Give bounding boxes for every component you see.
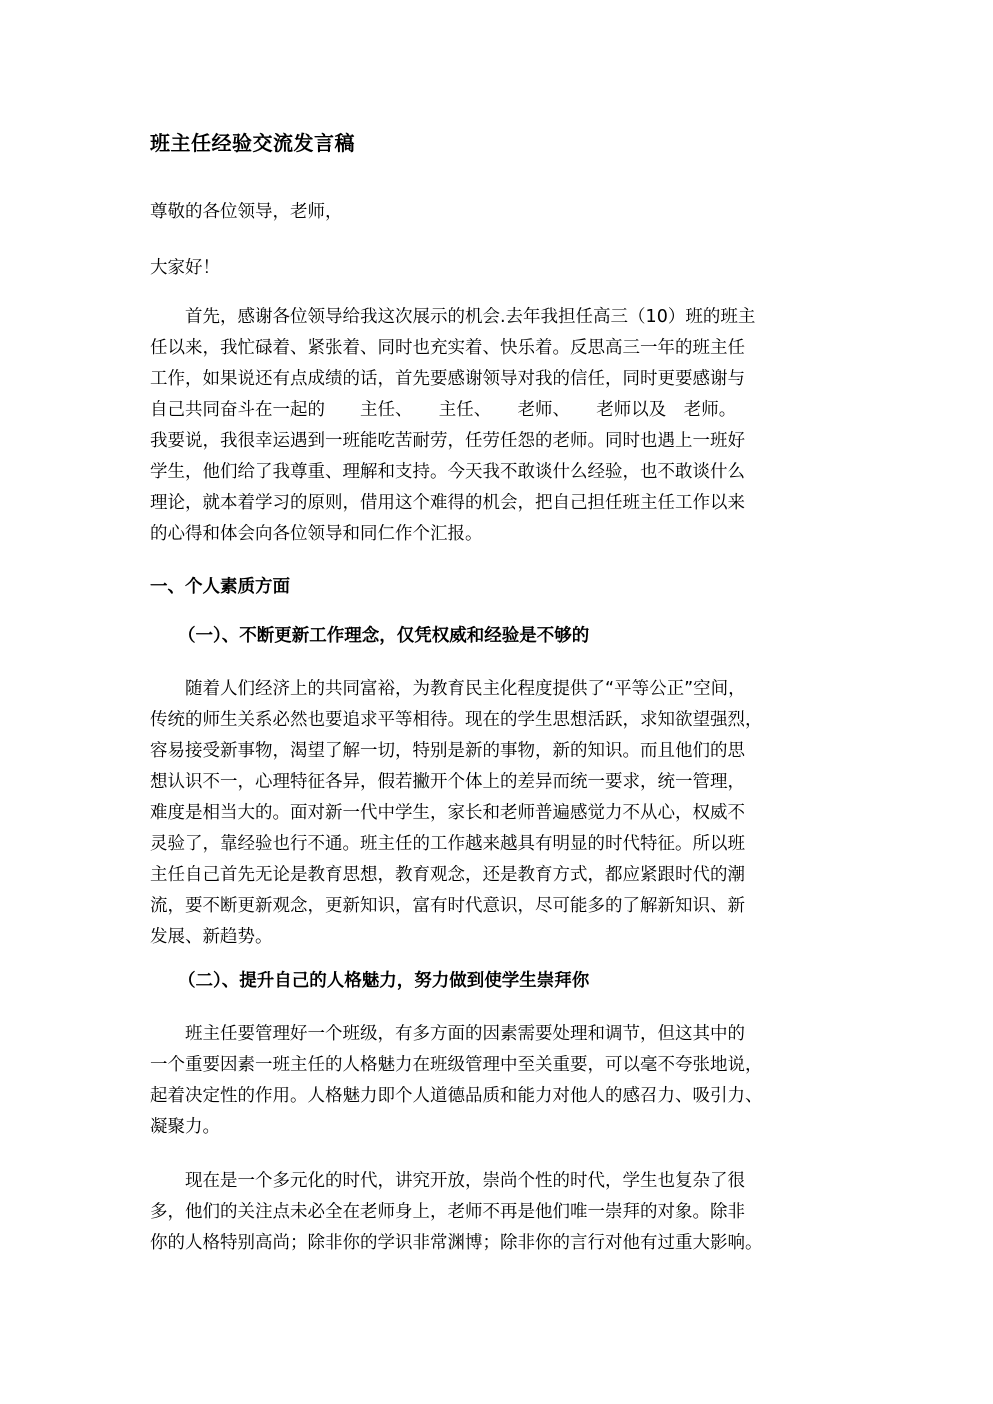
salutation: 尊敬的各位领导，老师，	[150, 197, 870, 228]
salutation-block: 尊敬的各位领导，老师，	[150, 197, 870, 228]
subsection-heading: （一）、不断更新工作理念，仅凭权威和经验是不够的	[178, 621, 898, 652]
intro-line: 我要说，我很幸运遇到一班能吃苦耐劳，任劳任怨的老师。同时也遇上一班好	[150, 426, 870, 457]
sub1-heading-block: （一）、不断更新工作理念，仅凭权威和经验是不够的	[178, 621, 898, 652]
paragraph-line: 一个重要因素一班主任的人格魅力在班级管理中至关重要，可以毫不夸张地说，	[150, 1050, 870, 1081]
paragraph-line: 凝聚力。	[150, 1112, 870, 1143]
intro-line: 自己共同奋斗在一起的 主任、 主任、 老师、 老师以及 老师。	[150, 395, 870, 426]
paragraph-line: 发展、新趋势。	[150, 922, 870, 953]
section1-heading-block: 一、个人素质方面	[150, 572, 870, 603]
paragraph-line: 多，他们的关注点未必全在老师身上，老师不再是他们唯一崇拜的对象。除非	[150, 1197, 870, 1228]
sub2-paragraph-1: 班主任要管理好一个班级，有多方面的因素需要处理和调节，但这其中的 一个重要因素一…	[150, 1019, 870, 1143]
paragraph-line: 现在是一个多元化的时代，讲究开放，崇尚个性的时代，学生也复杂了很	[150, 1166, 870, 1197]
sub2-paragraph-2: 现在是一个多元化的时代，讲究开放，崇尚个性的时代，学生也复杂了很 多，他们的关注…	[150, 1166, 870, 1259]
intro-paragraph: 首先，感谢各位领导给我这次展示的机会.去年我担任高三（10）班的班主 任以来，我…	[150, 302, 870, 550]
paragraph-line: 随着人们经济上的共同富裕，为教育民主化程度提供了“平等公正”空间，	[150, 674, 870, 705]
intro-line: 任以来，我忙碌着、紧张着、同时也充实着、快乐着。反思高三一年的班主任	[150, 333, 870, 364]
paragraph-line: 难度是相当大的。面对新一代中学生，家长和老师普遍感觉力不从心，权威不	[150, 798, 870, 829]
paragraph-line: 流，要不断更新观念，更新知识，富有时代意识，尽可能多的了解新知识、新	[150, 891, 870, 922]
subsection-heading: （二）、提升自己的人格魅力，努力做到使学生崇拜你	[178, 966, 898, 997]
intro-line: 理论，就本着学习的原则，借用这个难得的机会，把自己担任班主任工作以来	[150, 488, 870, 519]
intro-line: 的心得和体会向各位领导和同仁作个汇报。	[150, 519, 870, 550]
paragraph-line: 起着决定性的作用。人格魅力即个人道德品质和能力对他人的感召力、吸引力、	[150, 1081, 870, 1112]
paragraph-line: 容易接受新事物，渴望了解一切，特别是新的事物，新的知识。而且他们的思	[150, 736, 870, 767]
intro-line: 工作，如果说还有点成绩的话，首先要感谢领导对我的信任，同时更要感谢与	[150, 364, 870, 395]
document-title: 班主任经验交流发言稿	[150, 131, 355, 155]
paragraph-line: 主任自己首先无论是教育思想，教育观念，还是教育方式，都应紧跟时代的潮	[150, 860, 870, 891]
sub1-paragraph: 随着人们经济上的共同富裕，为教育民主化程度提供了“平等公正”空间， 传统的师生关…	[150, 674, 870, 953]
paragraph-line: 班主任要管理好一个班级，有多方面的因素需要处理和调节，但这其中的	[150, 1019, 870, 1050]
sub2-heading-block: （二）、提升自己的人格魅力，努力做到使学生崇拜你	[178, 966, 898, 997]
paragraph-line: 你的人格特别高尚；除非你的学识非常渊博；除非你的言行对他有过重大影响。	[150, 1228, 870, 1259]
greeting: 大家好！	[150, 253, 870, 284]
greeting-block: 大家好！	[150, 253, 870, 284]
section-heading: 一、个人素质方面	[150, 572, 870, 603]
intro-line: 首先，感谢各位领导给我这次展示的机会.去年我担任高三（10）班的班主	[150, 302, 870, 333]
intro-line: 学生，他们给了我尊重、理解和支持。今天我不敢谈什么经验，也不敢谈什么	[150, 457, 870, 488]
paragraph-line: 想认识不一，心理特征各异，假若撇开个体上的差异而统一要求，统一管理，	[150, 767, 870, 798]
paragraph-line: 传统的师生关系必然也要追求平等相待。现在的学生思想活跃，求知欲望强烈，	[150, 705, 870, 736]
paragraph-line: 灵验了，靠经验也行不通。班主任的工作越来越具有明显的时代特征。所以班	[150, 829, 870, 860]
